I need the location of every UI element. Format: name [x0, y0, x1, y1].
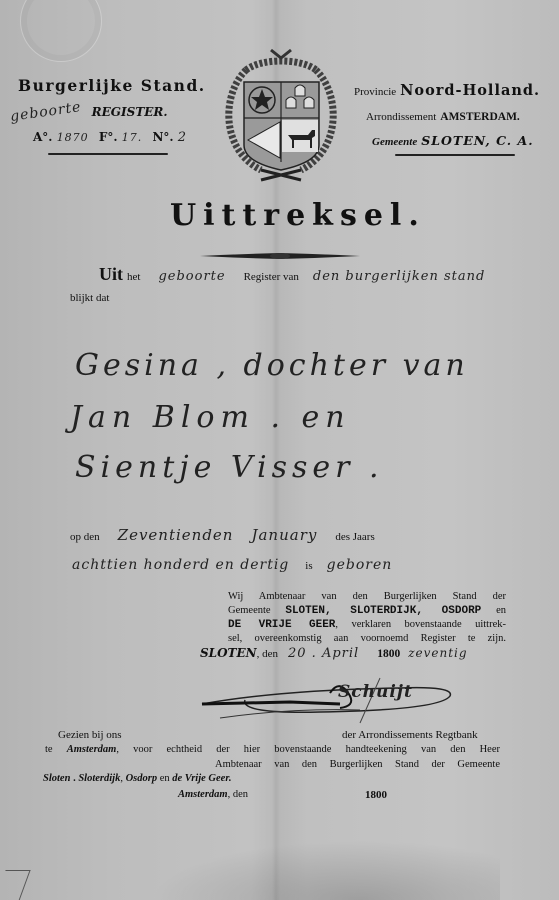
register-label: REGISTER.	[92, 105, 168, 119]
signature-text: Schuijt	[338, 682, 413, 702]
register-line: geboorte REGISTER.	[10, 103, 168, 121]
legalization-year: 1800	[365, 789, 387, 801]
den-label: , den	[257, 648, 278, 660]
legalization-city: Amsterdam	[67, 744, 117, 755]
mother-name-line: Sientje Visser .	[75, 450, 384, 485]
gemeente-value: SLOTEN, C. A.	[421, 133, 533, 148]
legalization-line-2: te Amsterdam, voor echtheid der hier bov…	[45, 744, 500, 755]
provincie-line: Provincie Noord-Holland.	[354, 82, 540, 100]
scan-shadow	[150, 840, 500, 900]
declaration-line-3: DE VRIJE GEER, verklaren bovenstaande ui…	[228, 618, 506, 632]
header-left-rule	[48, 153, 168, 155]
des-jaars-label: des Jaars	[335, 531, 374, 543]
declaration-en: en	[496, 605, 506, 616]
page-corner-mark	[0, 870, 31, 900]
provincie-value: Noord-Holland.	[400, 82, 540, 99]
child-name-line: Gesina , dochter van	[75, 348, 469, 383]
register-van-label: Register van	[244, 271, 299, 283]
arrondissement-value: AMSTERDAM.	[440, 111, 520, 123]
date-line: op den Zeventienden January des Jaars	[70, 526, 375, 545]
declaration-gemeente-label: Gemeente	[228, 605, 271, 616]
register-type-handwritten: geboorte	[9, 99, 82, 125]
intro-register-handwritten: geboorte	[158, 269, 225, 284]
intro-line: Uit het geboorte Register van den burger…	[99, 264, 485, 285]
vrije-geer-label: de Vrije Geer.	[172, 773, 231, 784]
legalization-text: , voor echtheid der hier bovenstaande ha…	[116, 744, 500, 755]
burgerlijke-stand-heading: Burgerlijke Stand.	[18, 76, 206, 95]
gezien-label: Gezien bij ons	[58, 729, 122, 741]
place-year-printed: 1800	[377, 648, 400, 660]
signature-icon: Schuijt	[200, 668, 470, 733]
sloten-label: Sloten	[43, 773, 70, 784]
number-label: N°.	[152, 130, 173, 144]
place-date-line: SLOTEN, den 20 . April 1800 zeventig	[200, 644, 468, 662]
header-right-rule	[395, 154, 515, 156]
is-label: is	[305, 560, 312, 572]
gemeente-label: Gemeente	[372, 136, 417, 148]
en-label: en	[160, 773, 170, 784]
legalization-line-5: Amsterdam, den	[178, 789, 248, 800]
event-handwritten: geboren	[327, 557, 393, 573]
place-year-handwritten: zeventig	[408, 646, 467, 660]
het-label: het	[127, 271, 140, 283]
uit-label: Uit	[99, 264, 123, 284]
te-label: te	[45, 744, 53, 755]
folio-line: A°. 1870 F°. 17. N°. 2	[33, 130, 187, 145]
legalization-den: , den	[228, 789, 248, 800]
declaration-verklaren: , verklaren bovenstaande uittrek-	[335, 619, 506, 630]
provincie-label: Provincie	[354, 86, 396, 98]
sloterdijk-label: Sloterdijk	[78, 773, 120, 784]
document-page: Burgerlijke Stand. geboorte REGISTER. A°…	[0, 0, 559, 900]
month-handwritten: January	[251, 526, 317, 544]
regtbank-label: der Arrondissements Regtbank	[342, 729, 478, 741]
intro-van-handwritten: den burgerlijken stand	[313, 269, 485, 284]
year-label: A°.	[33, 130, 53, 144]
legalization-line-4: Sloten . Sloterdijk, Osdorp en de Vrije …	[43, 773, 231, 784]
osdorp-label: Osdorp	[126, 773, 158, 784]
document-title: Uittreksel.	[170, 198, 426, 233]
declaration-line-2: Gemeente SLOTEN, SLOTERDIJK, OSDORP en	[228, 604, 506, 618]
father-name-line: Jan Blom . en	[70, 400, 351, 435]
coat-of-arms-icon	[216, 40, 346, 190]
embossed-seal	[20, 0, 102, 62]
declaration-paragraph: Wij Ambtenaar van den Burgerlijken Stand…	[228, 590, 506, 646]
number-value: 2	[178, 130, 187, 145]
year-value: 1870	[57, 131, 89, 144]
place-name: SLOTEN	[200, 646, 257, 660]
op-den-label: op den	[70, 531, 100, 543]
title-ornament	[200, 246, 360, 250]
gemeente-line: Gemeente SLOTEN, C. A.	[372, 132, 534, 150]
year-handwritten: achttien honderd en dertig	[72, 557, 289, 573]
legalization-line-3: Ambtenaar van den Burgerlijken Stand der…	[215, 759, 500, 770]
folio-label: F°.	[99, 130, 118, 144]
year-line: achttien honderd en dertig is geboren	[72, 556, 392, 574]
declaration-line-1: Wij Ambtenaar van den Burgerlijken Stand…	[228, 590, 506, 604]
arrondissement-label: Arrondissement	[366, 111, 436, 123]
place-date-handwritten: 20 . April	[288, 646, 359, 661]
folio-value: 17.	[122, 131, 143, 144]
blijkt-dat-label: blijkt dat	[70, 292, 109, 304]
declaration-vrije-geer: DE VRIJE GEER	[228, 619, 335, 631]
day-handwritten: Zeventienden	[118, 526, 234, 544]
declaration-municipalities: SLOTEN, SLOTERDIJK, OSDORP	[285, 605, 481, 617]
arrondissement-line: Arrondissement AMSTERDAM.	[366, 107, 520, 125]
legalization-city-2: Amsterdam	[178, 789, 228, 800]
